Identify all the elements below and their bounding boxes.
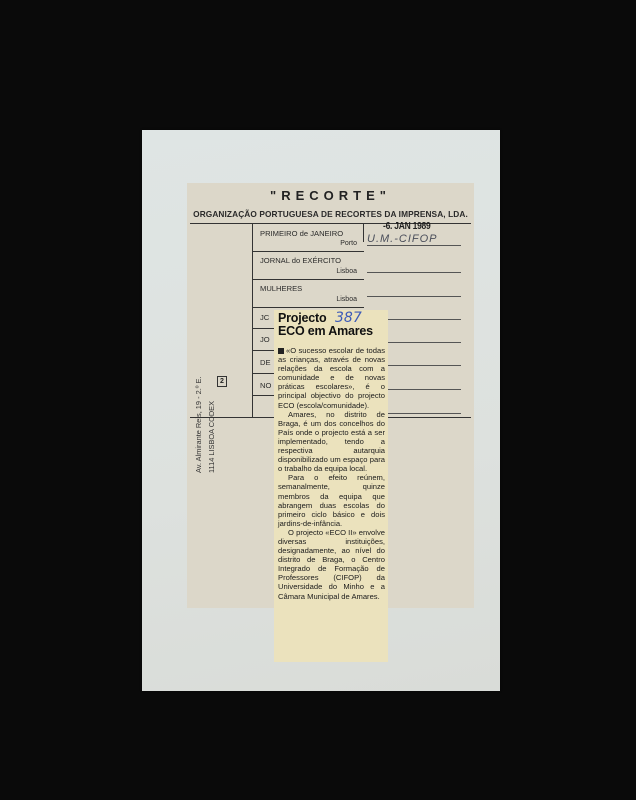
column-divider-right — [363, 224, 364, 242]
right-row-rule — [382, 365, 461, 366]
paragraph: «O sucesso escolar de todas as crianças,… — [278, 346, 385, 410]
headline-line-2: ECO em Amares — [278, 325, 373, 338]
publication-city: Porto — [287, 240, 357, 247]
right-row-rule — [382, 342, 461, 343]
row-rule — [253, 307, 364, 308]
right-row-rule — [382, 389, 461, 390]
row-initial: JC — [260, 313, 269, 322]
paragraph-text: «O sucesso escolar de todas as crianças,… — [278, 346, 385, 410]
column-divider-left — [252, 224, 253, 417]
row-rule — [253, 279, 364, 280]
newspaper-clipping: Projecto ECO em Amares 387 «O sucesso es… — [274, 310, 388, 662]
address-line-2: 1114 LISBOA CODEX — [205, 377, 218, 474]
row-initial: DE — [260, 358, 271, 367]
agency-subtitle: ORGANIZAÇÃO PORTUGUESA DE RECORTES DA IM… — [187, 209, 474, 219]
row-initial: NO — [260, 381, 271, 390]
date-stamp: -6. JAN 1989 — [383, 221, 431, 232]
bullet-icon — [278, 348, 284, 354]
handwritten-annotation: U.M.-CIFOP — [367, 233, 438, 245]
handwritten-number: 387 — [335, 310, 362, 326]
clipping-body: «O sucesso escolar de todas as crianças,… — [278, 346, 385, 601]
paragraph: Para o efeito reúnem, semanalmente, quin… — [278, 473, 385, 528]
right-row-rule — [367, 296, 461, 297]
publication-name: MULHERES — [260, 284, 302, 293]
right-row-rule — [367, 272, 461, 273]
publication-city: Lisboa — [287, 296, 357, 303]
paragraph: O projecto «ECO II» envolve diversas ins… — [278, 528, 385, 601]
publication-name: JORNAL do EXÉRCITO — [260, 256, 341, 265]
agency-name: "RECORTE" — [187, 188, 474, 203]
right-row-rule — [367, 245, 461, 246]
row-rule — [253, 251, 364, 252]
address-line-1: Av. Almirante Reis, 19 - 2.º E. — [192, 377, 205, 474]
paragraph: Amares, no distrito de Braga, é um dos c… — [278, 410, 385, 474]
right-row-rule — [382, 413, 461, 414]
box-number: 2 — [217, 376, 227, 387]
publication-city: Lisboa — [287, 268, 357, 275]
publication-name: PRIMEIRO de JANEIRO — [260, 229, 343, 238]
row-initial: JO — [260, 335, 270, 344]
right-row-rule — [382, 319, 461, 320]
agency-address: Av. Almirante Reis, 19 - 2.º E. 1114 LIS… — [192, 377, 218, 474]
